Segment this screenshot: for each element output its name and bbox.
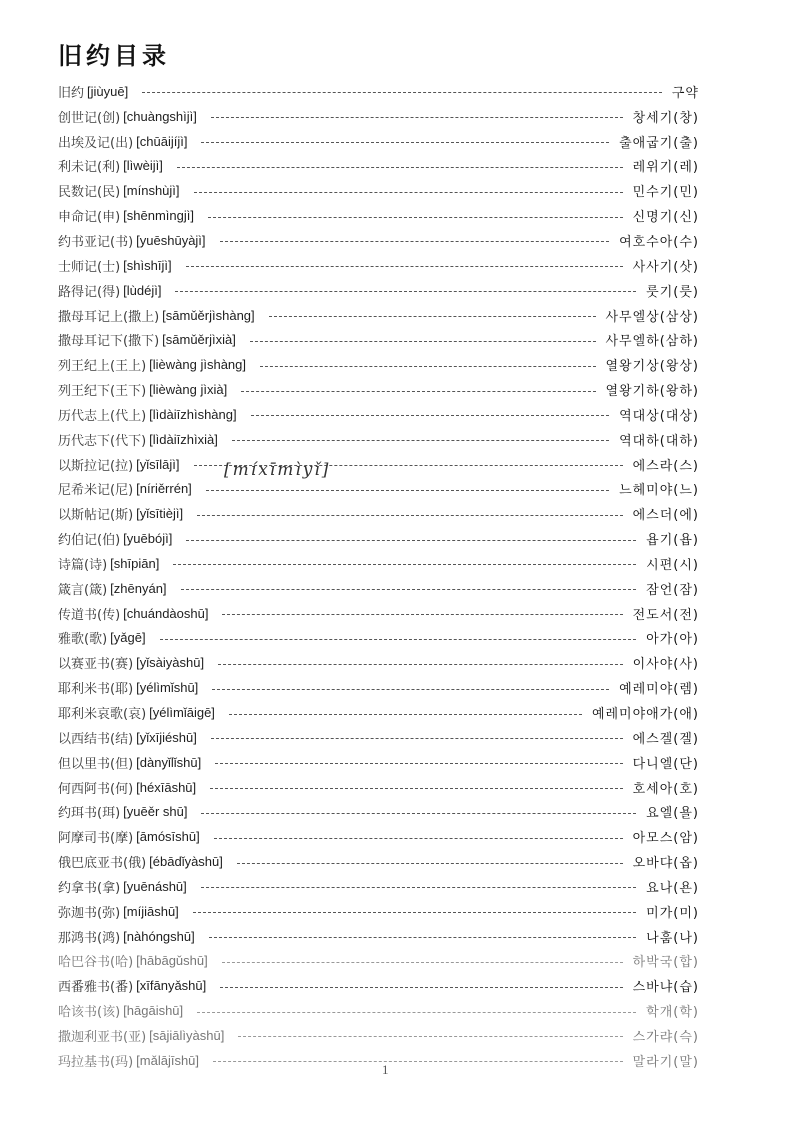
dotted-leader <box>211 737 623 739</box>
book-name-pinyin: [sāmǔěrjìshàng] <box>162 308 255 323</box>
toc-entry[interactable]: 阿摩司书(摩)[āmósīshū]아모스(암) <box>58 824 699 849</box>
book-name-chinese: 阿摩司书(摩) <box>58 827 133 846</box>
dotted-leader <box>160 638 637 640</box>
book-name-pinyin: [shīpiān] <box>110 556 159 571</box>
book-name-pinyin: [jiùyuē] <box>87 84 128 99</box>
book-name-pinyin: [shìshījì] <box>123 258 171 273</box>
book-name-korean: 사무엘하(삼하) <box>606 330 700 349</box>
toc-entry[interactable]: 哈巴谷书(哈)[hābāgǔshū]하박국(합) <box>58 949 699 974</box>
book-name-korean: 역대상(대상) <box>619 405 699 424</box>
book-name-korean: 요엘(욜) <box>646 802 699 821</box>
book-name-chinese: 士师记(士) <box>58 256 120 275</box>
dotted-leader <box>142 91 662 93</box>
book-name-korean: 요나(욘) <box>646 877 699 896</box>
book-name-chinese: 约伯记(伯) <box>58 529 120 548</box>
toc-entry[interactable]: 弥迦书(弥)[míjiāshū]미가(미) <box>58 899 699 924</box>
book-name-pinyin: [zhēnyán] <box>110 581 166 596</box>
book-name-korean: 사사기(삿) <box>633 256 699 275</box>
book-name-chinese: 以斯拉记(拉) <box>58 455 133 474</box>
book-name-pinyin: [hābāgǔshū] <box>136 953 208 968</box>
toc-entry[interactable]: 撒母耳记上(撒上)[sāmǔěrjìshàng]사무엘상(삼상) <box>58 303 699 328</box>
toc-entry[interactable]: 出埃及记(出)[chūāijíjì]출애굽기(출) <box>58 129 699 154</box>
book-name-chinese: 列王纪下(王下) <box>58 380 146 399</box>
dotted-leader <box>194 191 623 193</box>
book-name-korean: 스바냐(습) <box>633 976 699 995</box>
page-title: 旧约目录 <box>58 36 170 71</box>
toc-entry[interactable]: 以西结书(结)[yǐxījiéshū]에스겔(겔) <box>58 725 699 750</box>
dotted-leader <box>250 340 596 342</box>
dotted-leader <box>220 240 610 242</box>
toc-entry[interactable]: 撒母耳记下(撒下)[sāmǔěrjìxià]사무엘하(삼하) <box>58 327 699 352</box>
dotted-leader <box>211 116 623 118</box>
dotted-leader <box>206 489 609 491</box>
toc-entry[interactable]: 路得记(得)[lùdéjì]룻기(룻) <box>58 278 699 303</box>
book-name-pinyin: [sājiālìyàshū] <box>149 1028 224 1043</box>
book-name-pinyin: [shēnmìngjì] <box>123 208 194 223</box>
toc-entry[interactable]: 哈该书(该)[hāgāishū]학개(학) <box>58 998 699 1023</box>
dotted-leader <box>175 290 636 292</box>
toc-entry[interactable]: 利未记(利)[lìwèijì]레위기(레) <box>58 154 699 179</box>
dotted-leader <box>251 414 609 416</box>
book-name-chinese: 路得记(得) <box>58 281 120 300</box>
toc-entry[interactable]: 创世记(创)[chuàngshìjì]창세기(창) <box>58 104 699 129</box>
book-name-pinyin: [yuēshūyàjì] <box>136 233 205 248</box>
toc-entry[interactable]: 那鸿书(鸿)[nàhóngshū]나훔(나) <box>58 924 699 949</box>
book-name-korean: 나훔(나) <box>646 927 699 946</box>
dotted-leader <box>201 141 609 143</box>
book-name-pinyin: [yuēnáshū] <box>123 879 187 894</box>
book-name-korean: 이사야(사) <box>633 653 699 672</box>
book-name-chinese: 以赛亚书(赛) <box>58 653 133 672</box>
book-name-korean: 느헤미야(느) <box>619 479 699 498</box>
book-name-korean: 신명기(신) <box>633 206 699 225</box>
book-name-korean: 민수기(민) <box>633 181 699 200</box>
book-name-chinese: 西番雅书(番) <box>58 976 133 995</box>
book-name-chinese: 约拿书(拿) <box>58 877 120 896</box>
book-name-chinese: 以西结书(结) <box>58 728 133 747</box>
book-name-chinese: 出埃及记(出) <box>58 132 133 151</box>
book-name-chinese: 撒母耳记下(撒下) <box>58 330 159 349</box>
toc-entry[interactable]: 传道书(传)[chuándàoshū]전도서(전) <box>58 601 699 626</box>
book-name-pinyin: [lièwàng jìshàng] <box>149 357 246 372</box>
toc-entry[interactable]: 诗篇(诗)[shīpiān]시편(시) <box>58 551 699 576</box>
book-name-pinyin: [hāgāishū] <box>123 1003 183 1018</box>
toc-entry[interactable]: 以斯帖记(斯)[yǐsītièjì]에스더(에) <box>58 501 699 526</box>
book-name-chinese: 列王纪上(王上) <box>58 355 146 374</box>
dotted-leader <box>218 663 623 665</box>
book-name-chinese: 哈巴谷书(哈) <box>58 951 133 970</box>
toc-entry[interactable]: 约书亚记(书)[yuēshūyàjì]여호수아(수) <box>58 228 699 253</box>
book-name-pinyin: [xīfānyǎshū] <box>136 978 206 993</box>
dotted-leader <box>222 613 622 615</box>
dotted-leader <box>201 812 636 814</box>
book-name-korean: 사무엘상(삼상) <box>606 306 700 325</box>
book-name-korean: 전도서(전) <box>633 604 699 623</box>
toc-entry[interactable]: 箴言(箴)[zhēnyán]잠언(잠) <box>58 576 699 601</box>
book-name-chinese: 耶利米哀歌(哀) <box>58 703 146 722</box>
toc-entry[interactable]: 玛拉基书(玛)[mǎlājīshū]말라기(말) <box>58 1048 699 1073</box>
book-name-chinese: 约珥书(珥) <box>58 802 120 821</box>
dotted-leader <box>193 911 636 913</box>
book-name-korean: 호세아(호) <box>633 778 699 797</box>
dotted-leader <box>210 787 622 789</box>
book-name-chinese: 撒母耳记上(撒上) <box>58 306 159 325</box>
book-name-pinyin: [chuándàoshū] <box>123 606 208 621</box>
toc-entry[interactable]: 以赛亚书(赛)[yǐsàiyàshū]이사야(사) <box>58 650 699 675</box>
book-name-korean: 미가(미) <box>646 902 699 921</box>
book-name-chinese: 申命记(申) <box>58 206 120 225</box>
book-name-chinese: 雅歌(歌) <box>58 628 107 647</box>
dotted-leader <box>197 1011 636 1013</box>
toc-entry[interactable]: 申命记(申)[shēnmìngjì]신명기(신) <box>58 203 699 228</box>
dotted-leader <box>232 439 609 441</box>
toc-entry[interactable]: 撒迦利亚书(亚)[sājiālìyàshū]스가랴(슥) <box>58 1023 699 1048</box>
page-number: 1 <box>382 1062 389 1078</box>
book-name-pinyin: [míjiāshū] <box>123 904 179 919</box>
book-name-chinese: 何西阿书(何) <box>58 778 133 797</box>
book-name-pinyin: [chūāijíjì] <box>136 134 187 149</box>
handwritten-annotation: [míxīmìyǐ] <box>224 460 330 480</box>
book-name-pinyin: [mínshùjì] <box>123 183 179 198</box>
toc-entry[interactable]: 西番雅书(番)[xīfānyǎshū]스바냐(습) <box>58 973 699 998</box>
book-name-chinese: 约书亚记(书) <box>58 231 133 250</box>
book-name-chinese: 玛拉基书(玛) <box>58 1051 133 1070</box>
dotted-leader <box>201 886 636 888</box>
book-name-chinese: 创世记(创) <box>58 107 120 126</box>
book-name-pinyin: [yǐsītièjì] <box>136 506 183 521</box>
toc-entry[interactable]: 约珥书(珥)[yuēěr shū]요엘(욜) <box>58 799 699 824</box>
book-name-korean: 에스겔(겔) <box>633 728 699 747</box>
book-name-pinyin: [lùdéjì] <box>123 283 161 298</box>
book-name-pinyin: [sāmǔěrjìxià] <box>162 332 236 347</box>
toc-entry[interactable]: 列王纪上(王上)[lièwàng jìshàng]열왕기상(왕상) <box>58 352 699 377</box>
toc-entry[interactable]: 以斯拉记(拉)[yǐsīlājì]에스라(스) <box>58 452 699 477</box>
toc-entry[interactable]: 民数记(民)[mínshùjì]민수기(민) <box>58 178 699 203</box>
dotted-leader <box>177 166 623 168</box>
book-name-korean: 학개(학) <box>646 1001 699 1020</box>
book-name-korean: 여호수아(수) <box>619 231 699 250</box>
book-name-pinyin: [dànyǐlǐshū] <box>136 755 201 770</box>
dotted-leader <box>269 315 596 317</box>
book-name-korean: 창세기(창) <box>633 107 699 126</box>
book-name-pinyin: [héxīāshū] <box>136 780 196 795</box>
book-name-chinese: 弥迦书(弥) <box>58 902 120 921</box>
dotted-leader <box>241 390 595 392</box>
book-name-korean: 욥기(욥) <box>646 529 699 548</box>
book-name-pinyin: [yélìmǐshū] <box>136 680 198 695</box>
book-name-korean: 에스더(에) <box>633 504 699 523</box>
dotted-leader <box>215 762 622 764</box>
toc-entry[interactable]: 历代志上(代上)[lìdàiīzhìshàng]역대상(대상) <box>58 402 699 427</box>
book-name-pinyin: [yǐxījiéshū] <box>136 730 197 745</box>
book-name-korean: 스가랴(슥) <box>633 1026 699 1045</box>
dotted-leader <box>173 563 636 565</box>
book-name-pinyin: [yǎgē] <box>110 630 145 645</box>
book-name-korean: 아모스(암) <box>633 827 699 846</box>
toc-entry[interactable]: 士师记(士)[shìshījì]사사기(삿) <box>58 253 699 278</box>
dotted-leader <box>186 539 636 541</box>
book-name-korean: 오바댜(옵) <box>633 852 699 871</box>
toc-entry[interactable]: 旧约[jiùyuē]구약 <box>58 79 699 104</box>
toc-entry[interactable]: 约拿书(拿)[yuēnáshū]요나(욘) <box>58 874 699 899</box>
book-name-korean: 역대하(대하) <box>619 430 699 449</box>
book-name-chinese: 旧约 <box>58 82 84 101</box>
book-name-chinese: 俄巴底亚书(俄) <box>58 852 146 871</box>
book-name-pinyin: [āmósīshū] <box>136 829 200 844</box>
toc-entry[interactable]: 雅歌(歌)[yǎgē]아가(아) <box>58 626 699 651</box>
book-name-pinyin: [lièwàng jìxià] <box>149 382 227 397</box>
dotted-leader <box>229 713 582 715</box>
book-name-pinyin: [lìwèijì] <box>123 158 163 173</box>
book-name-korean: 열왕기상(왕상) <box>606 355 700 374</box>
dotted-leader <box>212 688 609 690</box>
dotted-leader <box>213 1060 623 1062</box>
book-name-pinyin: [yǐsīlājì] <box>136 457 179 472</box>
book-name-korean: 예레미야(렘) <box>619 678 699 697</box>
book-name-pinyin: [yuēbójì] <box>123 531 172 546</box>
dotted-leader <box>186 265 623 267</box>
book-name-chinese: 历代志下(代下) <box>58 430 146 449</box>
book-name-chinese: 传道书(传) <box>58 604 120 623</box>
book-name-pinyin: [níriěrrén] <box>136 481 192 496</box>
book-name-pinyin: [ébādǐyàshū] <box>149 854 223 869</box>
book-name-chinese: 箴言(箴) <box>58 579 107 598</box>
book-name-korean: 레위기(레) <box>633 156 699 175</box>
book-name-korean: 말라기(말) <box>633 1051 699 1070</box>
book-name-korean: 아가(아) <box>646 628 699 647</box>
book-name-korean: 출애굽기(출) <box>619 132 699 151</box>
book-name-korean: 에스라(스) <box>633 455 699 474</box>
book-name-chinese: 但以里书(但) <box>58 753 133 772</box>
dotted-leader <box>208 216 623 218</box>
book-name-korean: 열왕기하(왕하) <box>606 380 700 399</box>
table-of-contents: 旧约[jiùyuē]구약创世记(创)[chuàngshìjì]창세기(창)出埃及… <box>58 79 699 1073</box>
dotted-leader <box>237 862 623 864</box>
book-name-korean: 다니엘(단) <box>633 753 699 772</box>
toc-entry[interactable]: 尼希米记(尼)[níriěrrén]느헤미야(느) <box>58 477 699 502</box>
book-name-chinese: 诗篇(诗) <box>58 554 107 573</box>
book-name-korean: 잠언(잠) <box>646 579 699 598</box>
dotted-leader <box>220 986 622 988</box>
book-name-chinese: 撒迦利亚书(亚) <box>58 1026 146 1045</box>
dotted-leader <box>260 365 596 367</box>
toc-entry[interactable]: 约伯记(伯)[yuēbójì]욥기(욥) <box>58 526 699 551</box>
toc-entry[interactable]: 列王纪下(王下)[lièwàng jìxià]열왕기하(왕하) <box>58 377 699 402</box>
book-name-korean: 룻기(룻) <box>646 281 699 300</box>
book-name-korean: 하박국(합) <box>633 951 699 970</box>
book-name-pinyin: [yuēěr shū] <box>123 804 187 819</box>
book-name-pinyin: [yǐsàiyàshū] <box>136 655 204 670</box>
book-name-pinyin: [yélìmǐāigē] <box>149 705 215 720</box>
toc-entry[interactable]: 俄巴底亚书(俄)[ébādǐyàshū]오바댜(옵) <box>58 849 699 874</box>
book-name-korean: 시편(시) <box>646 554 699 573</box>
dotted-leader <box>181 588 637 590</box>
book-name-pinyin: [lìdàiīzhìxià] <box>149 432 218 447</box>
book-name-pinyin: [mǎlājīshū] <box>136 1053 199 1068</box>
toc-entry[interactable]: 耶利米哀歌(哀)[yélìmǐāigē]예레미야애가(애) <box>58 700 699 725</box>
book-name-chinese: 民数记(民) <box>58 181 120 200</box>
book-name-chinese: 利未记(利) <box>58 156 120 175</box>
book-name-chinese: 那鸿书(鸿) <box>58 927 120 946</box>
book-name-chinese: 耶利米书(耶) <box>58 678 133 697</box>
toc-entry[interactable]: 何西阿书(何)[héxīāshū]호세아(호) <box>58 775 699 800</box>
book-name-pinyin: [lìdàiīzhìshàng] <box>149 407 236 422</box>
toc-entry[interactable]: 耶利米书(耶)[yélìmǐshū]예레미야(렘) <box>58 675 699 700</box>
book-name-korean: 예레미야애가(애) <box>592 703 699 722</box>
book-name-korean: 구약 <box>672 82 699 101</box>
toc-entry[interactable]: 历代志下(代下)[lìdàiīzhìxià]역대하(대하) <box>58 427 699 452</box>
book-name-chinese: 历代志上(代上) <box>58 405 146 424</box>
book-name-chinese: 哈该书(该) <box>58 1001 120 1020</box>
dotted-leader <box>238 1035 622 1037</box>
toc-entry[interactable]: 但以里书(但)[dànyǐlǐshū]다니엘(단) <box>58 750 699 775</box>
book-name-pinyin: [nàhóngshū] <box>123 929 195 944</box>
book-name-chinese: 尼希米记(尼) <box>58 479 133 498</box>
book-name-pinyin: [chuàngshìjì] <box>123 109 197 124</box>
dotted-leader <box>197 514 622 516</box>
dotted-leader <box>214 837 623 839</box>
dotted-leader <box>209 936 636 938</box>
dotted-leader <box>222 961 623 963</box>
book-name-chinese: 以斯帖记(斯) <box>58 504 133 523</box>
